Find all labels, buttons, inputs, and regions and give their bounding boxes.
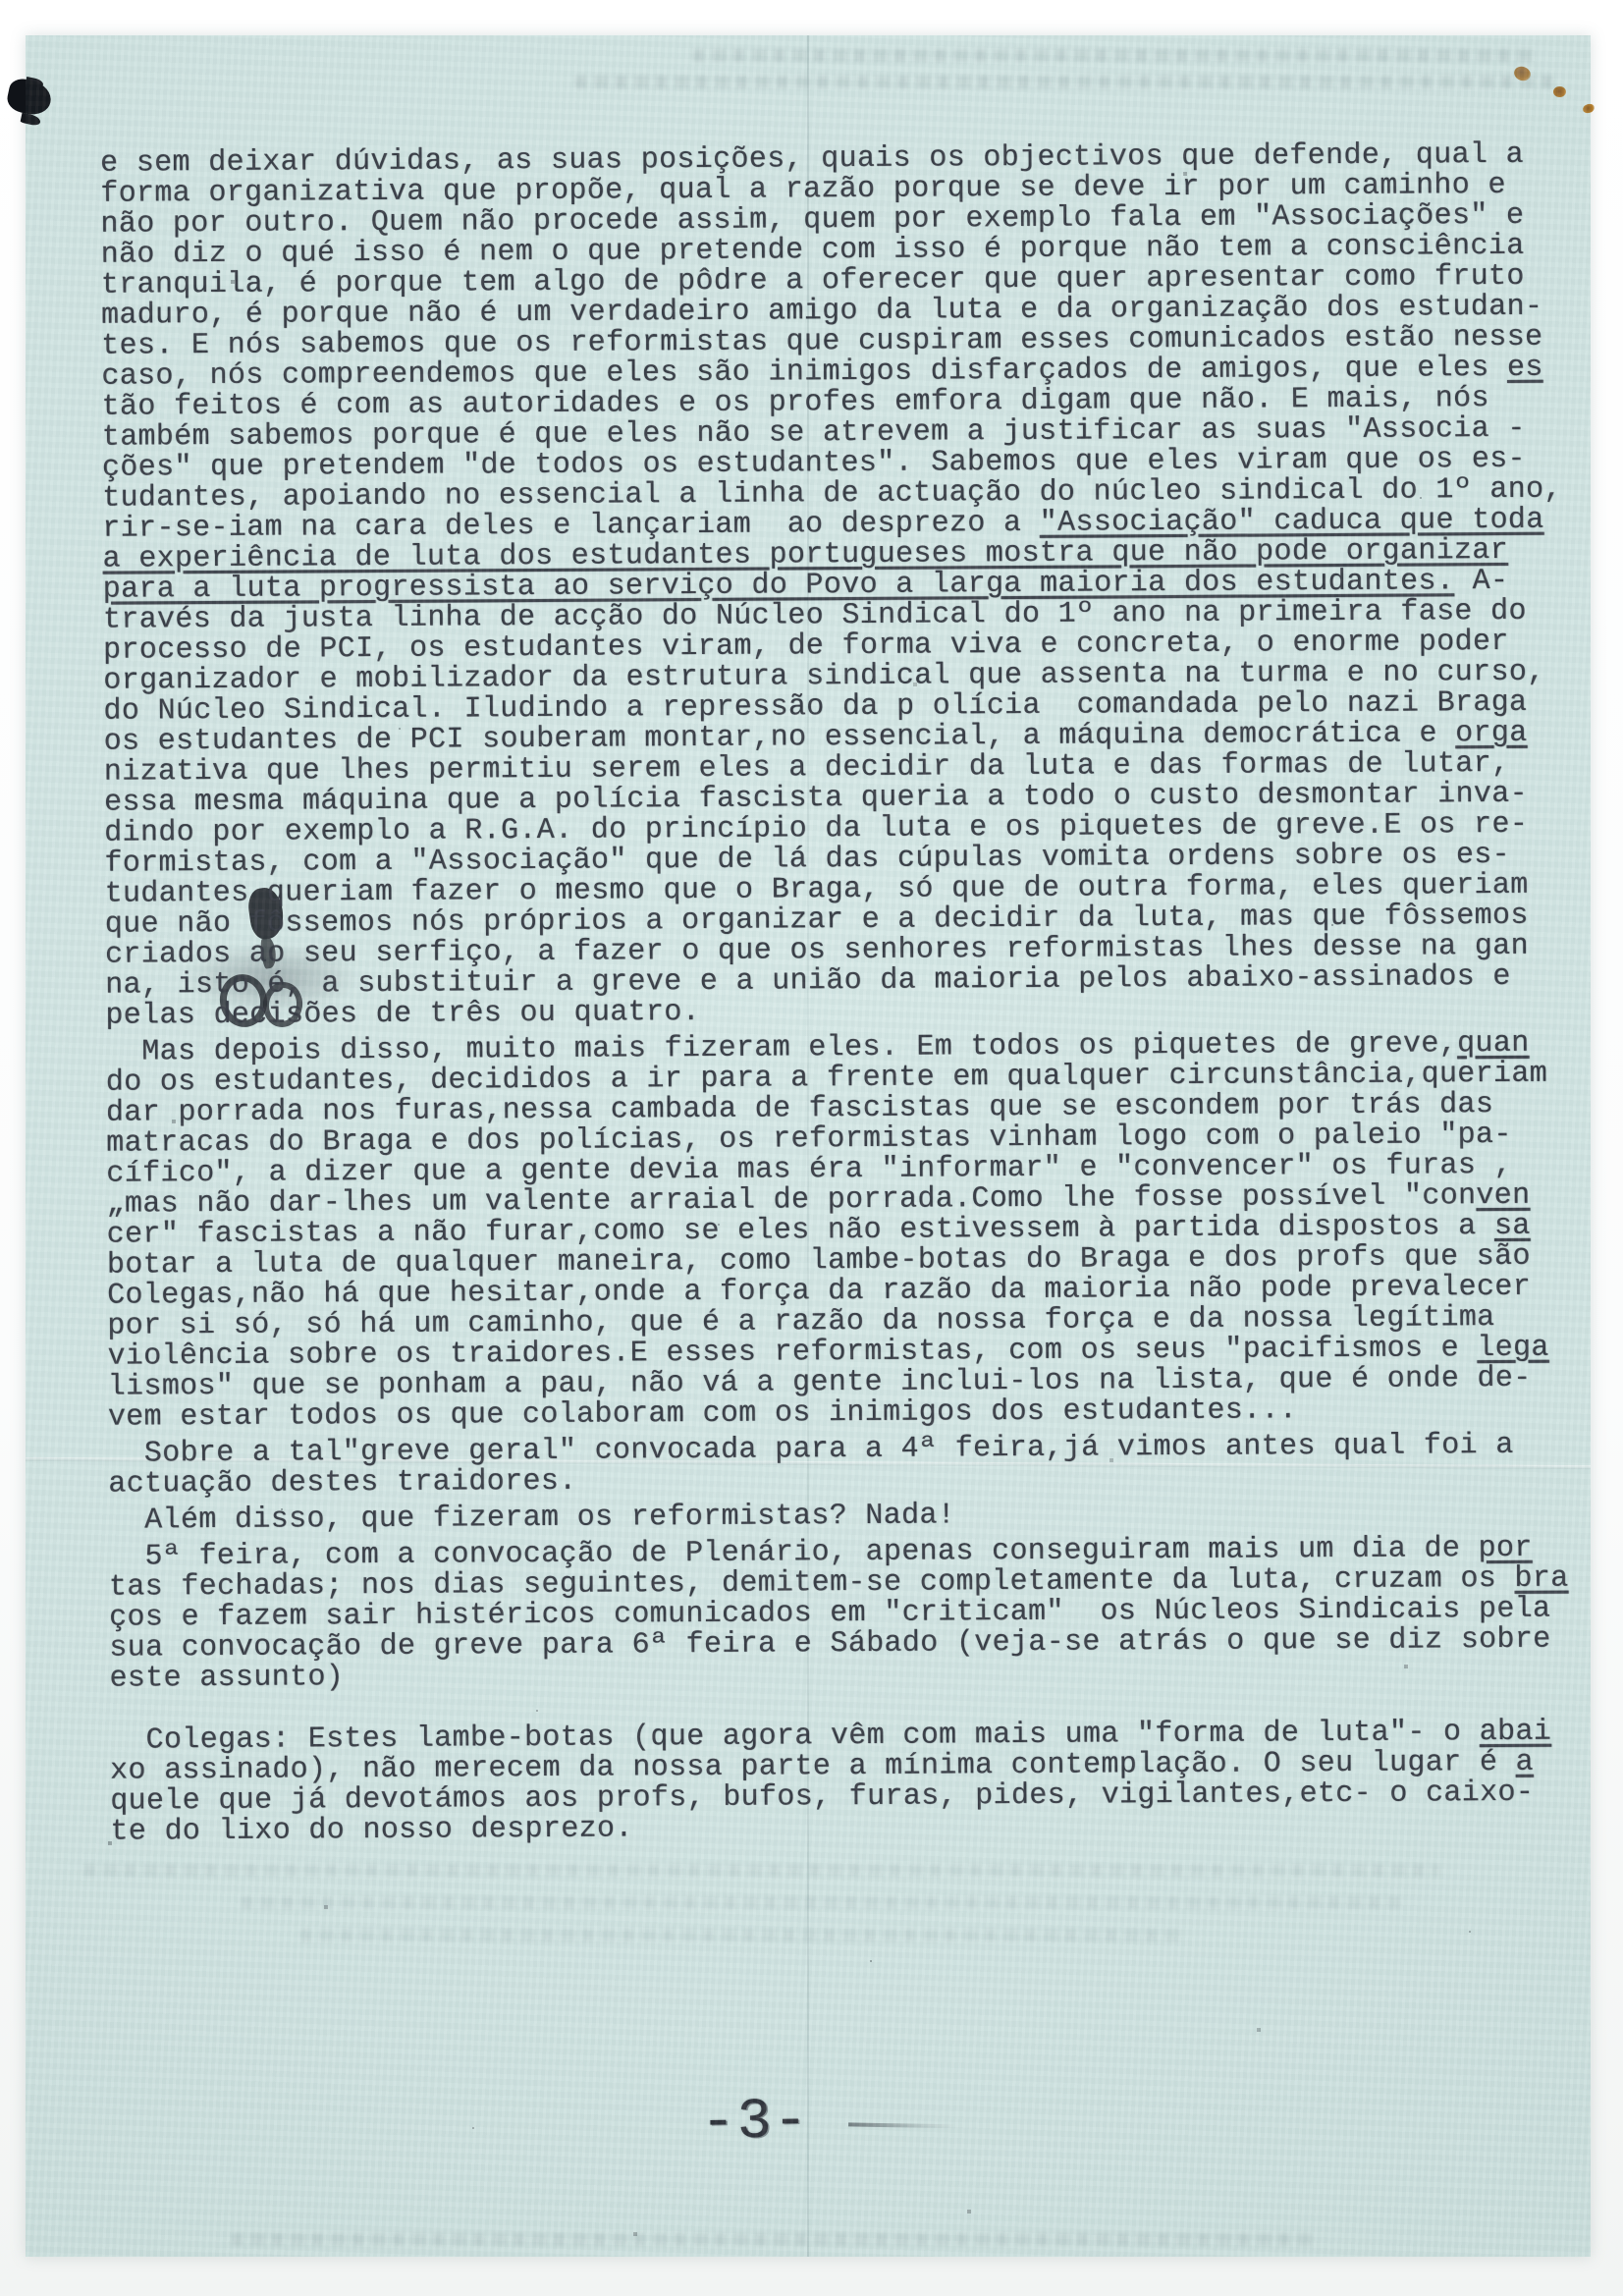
line-text: te do lixo do nosso desprezo. (110, 1812, 632, 1848)
text-line: actuação destes traidores. (108, 1460, 1593, 1500)
rust-stain-2 (1553, 86, 1566, 97)
line-text: este assunto) (109, 1661, 344, 1695)
bleed-through-ghost-text-bottom (84, 1864, 1439, 1961)
paragraph: Mas depois disso, muito mais fizeram ele… (106, 1028, 1593, 1433)
line-text: A- (1454, 565, 1508, 598)
text-line: te do lixo do nosso desprezo. (110, 1808, 1595, 1847)
paragraph: e sem deixar dúvidas, as suas posições, … (100, 139, 1590, 1031)
typewritten-text-body: e sem deixar dúvidas, as suas posições, … (100, 139, 1596, 1847)
line-text-underlined: quan (1457, 1027, 1530, 1061)
line-text: pelas decisões de três ou quatro. (105, 996, 700, 1033)
line-text-underlined: ven (1476, 1179, 1530, 1213)
line-text: Além disso, que fizeram os reformistas? … (108, 1499, 955, 1537)
line-text-underlined: orga (1455, 717, 1528, 750)
line-text-underlined: es (1507, 352, 1543, 385)
text-line: este assunto) (109, 1655, 1594, 1694)
paragraph: Colegas: Estes lambe-botas (que agora vê… (110, 1717, 1596, 1847)
paragraph: 5ª feira, com a convocação de Plenário, … (109, 1533, 1595, 1694)
bleed-through-ghost-text-edge (232, 2233, 1312, 2260)
line-text-underlined: por (1478, 1532, 1532, 1565)
line-text-underlined: bra (1514, 1562, 1568, 1596)
page-number: -3- (700, 2088, 917, 2156)
text-line: vem estar todos os que colaboram com os … (108, 1394, 1593, 1433)
scan-speckles (26, 35, 27, 37)
line-text: actuação destes traidores. (108, 1465, 576, 1502)
line-text-underlined: a (1516, 1746, 1535, 1779)
line-text: vem estar todos os que colaboram com os … (108, 1394, 1297, 1434)
line-text-underlined: lega (1477, 1332, 1549, 1365)
text-line: Além disso, que fizeram os reformistas? … (108, 1497, 1593, 1536)
line-text-underlined: abai (1480, 1716, 1552, 1749)
scanned-document-page: { "page": { "number_label": "-3-", "pape… (0, 0, 1623, 2296)
paper-sheet: e sem deixar dúvidas, as suas posições, … (26, 35, 1591, 2257)
ink-blot-top-left (5, 77, 54, 118)
bleed-through-ghost-text-top (575, 49, 1557, 102)
paragraph: Sobre a tal"greve geral" convocada para … (108, 1430, 1593, 1500)
paragraph: Além disso, que fizeram os reformistas? … (108, 1497, 1593, 1536)
text-line: pelas decisões de três ou quatro. (105, 992, 1590, 1031)
rust-stain-3 (1582, 102, 1596, 114)
line-text-underlined: sa (1494, 1210, 1531, 1243)
